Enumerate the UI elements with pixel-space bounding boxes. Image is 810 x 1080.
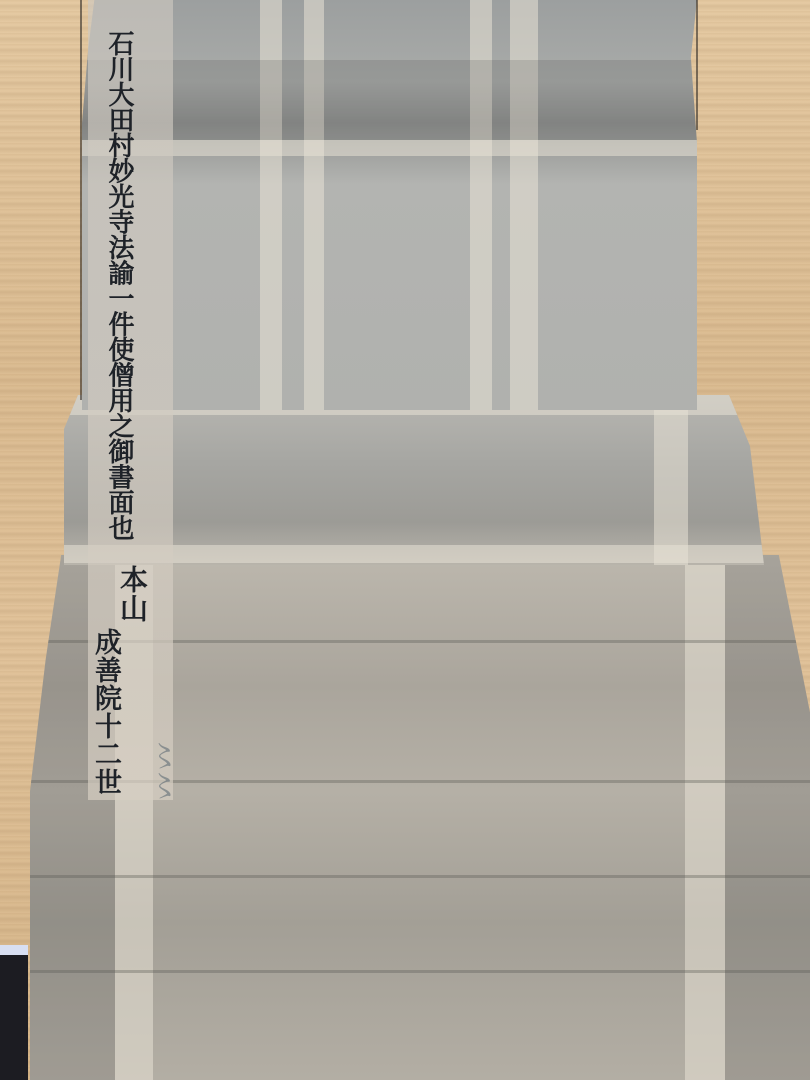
dark-object-corner (0, 945, 28, 1080)
paper-fold (30, 875, 810, 878)
paper-band-horizontal (82, 140, 697, 156)
scroll-edge (696, 0, 698, 130)
faint-ink-marks: 〻〻 (138, 740, 182, 800)
paper-fold (30, 970, 810, 973)
paper-band-vertical (685, 555, 725, 1080)
paper-band-vertical (654, 395, 688, 565)
scroll-upper-section (82, 0, 697, 410)
blue-edge (0, 945, 28, 955)
inscription-signature: 成善院十二世 (92, 628, 119, 796)
inscription-title: 石川大田村妙光寺法諭一件使僧用之御書面也 (106, 30, 132, 540)
inscription-heading: 本山 (118, 565, 146, 623)
scroll-edge (80, 0, 82, 400)
paper-shadow (82, 60, 697, 140)
